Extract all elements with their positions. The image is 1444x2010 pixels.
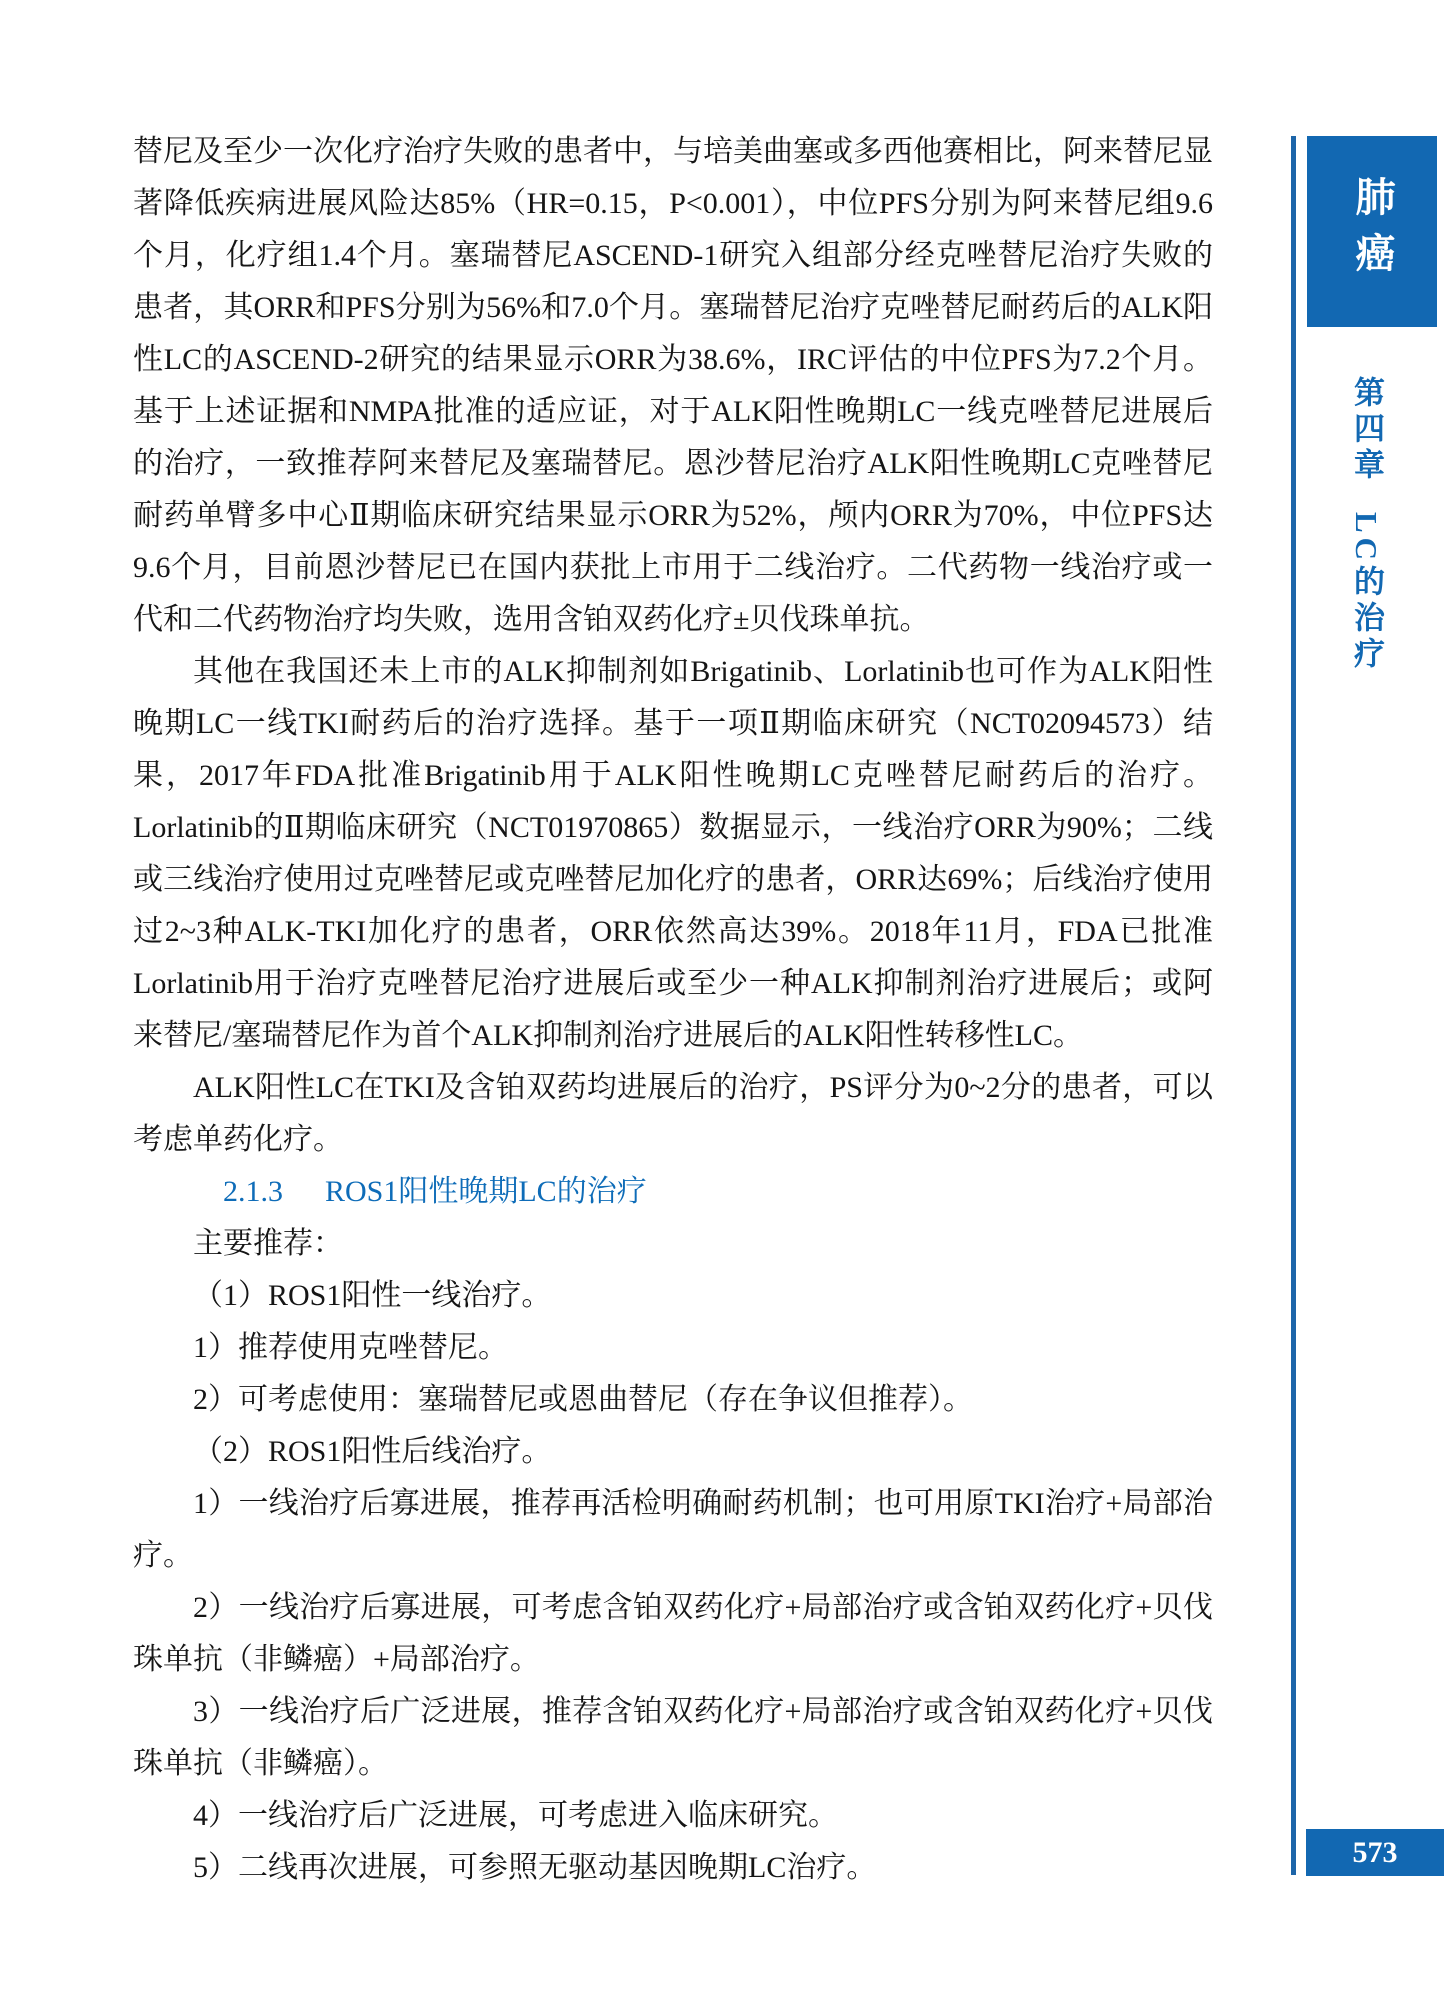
list-item: 5）二线再次进展，可参照无驱动基因晚期LC治疗。: [133, 1842, 1213, 1894]
section-number: 2.1.3: [223, 1175, 283, 1208]
body-paragraph: 其他在我国还未上市的ALK抑制剂如Brigatinib、Lorlatinib也可…: [133, 646, 1213, 1062]
list-item: 2）可考虑使用：塞瑞替尼或恩曲替尼（存在争议但推荐）。: [133, 1374, 1213, 1426]
list-item: 1）一线治疗后寡进展，推荐再活检明确耐药机制；也可用原TKI治疗+局部治疗。: [133, 1478, 1213, 1582]
section-title: ROS1阳性晚期LC的治疗: [325, 1175, 647, 1208]
page-number: 573: [1353, 1836, 1398, 1870]
list-item: 3）一线治疗后广泛进展，推荐含铂双药化疗+局部治疗或含铂双药化疗+贝伐珠单抗（非…: [133, 1686, 1213, 1790]
sidebar-tab-label: 肺癌: [1352, 176, 1392, 288]
body-paragraph: 替尼及至少一次化疗治疗失败的患者中，与培美曲塞或多西他赛相比，阿来替尼显著降低疾…: [133, 126, 1213, 646]
page-number-badge: 573: [1306, 1829, 1444, 1876]
body-paragraph: ALK阳性LC在TKI及含铂双药均进展后的治疗，PS评分为0~2分的患者，可以考…: [133, 1062, 1213, 1166]
section-heading: 2.1.3ROS1阳性晚期LC的治疗: [133, 1166, 1213, 1218]
sidebar-chapter: 第四章LC的治疗: [1340, 376, 1392, 796]
list-item: （2）ROS1阳性后线治疗。: [133, 1426, 1213, 1478]
list-item: 1）推荐使用克唑替尼。: [133, 1322, 1213, 1374]
main-text-column: 替尼及至少一次化疗治疗失败的患者中，与培美曲塞或多西他赛相比，阿来替尼显著降低疾…: [133, 126, 1213, 1894]
list-item: 主要推荐：: [133, 1218, 1213, 1270]
chapter-number: 第四章: [1349, 376, 1384, 484]
book-page: 替尼及至少一次化疗治疗失败的患者中，与培美曲塞或多西他赛相比，阿来替尼显著降低疾…: [0, 0, 1444, 2010]
chapter-title: LC的治疗: [1349, 512, 1384, 673]
list-item: 2）一线治疗后寡进展，可考虑含铂双药化疗+局部治疗或含铂双药化疗+贝伐珠单抗（非…: [133, 1582, 1213, 1686]
list-item: （1）ROS1阳性一线治疗。: [133, 1270, 1213, 1322]
sidebar-divider-line: [1291, 136, 1296, 1875]
list-item: 4）一线治疗后广泛进展，可考虑进入临床研究。: [133, 1790, 1213, 1842]
sidebar-tab-lung-cancer: 肺癌: [1307, 136, 1437, 327]
